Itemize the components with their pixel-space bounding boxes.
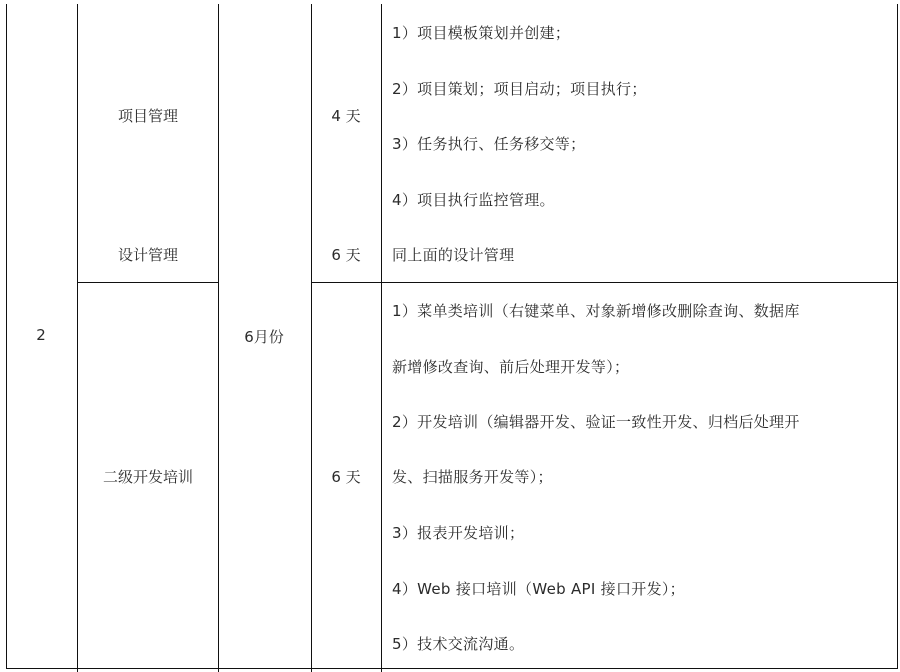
duration-design-management: 6 天 <box>331 244 360 265</box>
grid-line <box>311 4 312 672</box>
content-line: 5）技术交流沟通。 <box>392 633 524 654</box>
content-line: 3）任务执行、任务移交等； <box>392 133 585 154</box>
content-line: 发、扫描服务开发等）； <box>392 466 553 487</box>
content-line: 2）开发培训（编辑器开发、验证一致性开发、归档后处理开 <box>392 411 800 432</box>
content-line: 3）报表开发培训； <box>392 522 524 543</box>
grid-line <box>381 4 382 672</box>
grid-line <box>6 4 7 669</box>
grid-line <box>311 282 898 283</box>
content-line: 新增修改查询、前后处理开发等）； <box>392 356 629 377</box>
grid-line <box>6 668 898 669</box>
content-line: 1）菜单类培训（右键菜单、对象新增修改删除查询、数据库 <box>392 300 800 321</box>
grid-line <box>897 4 898 669</box>
content-line: 1）项目模板策划并创建； <box>392 22 570 43</box>
content-line: 4）项目执行监控管理。 <box>392 189 555 210</box>
grid-line <box>77 4 78 672</box>
content-line: 2）项目策划；项目启动；项目执行； <box>392 78 647 99</box>
month-value: 6月份 <box>244 326 284 347</box>
content-line: 同上面的设计管理 <box>392 244 514 265</box>
module-name-design-management: 设计管理 <box>118 244 178 265</box>
row-index: 2 <box>36 326 46 344</box>
grid-line <box>77 282 219 283</box>
content-line: 4）Web 接口培训（Web API 接口开发）； <box>392 578 685 599</box>
duration-secondary-dev-training: 6 天 <box>331 466 360 487</box>
duration-project-management: 4 天 <box>331 105 360 126</box>
module-name-project-management: 项目管理 <box>118 105 178 126</box>
grid-line <box>218 4 219 672</box>
module-name-secondary-dev-training: 二级开发培训 <box>103 466 193 487</box>
